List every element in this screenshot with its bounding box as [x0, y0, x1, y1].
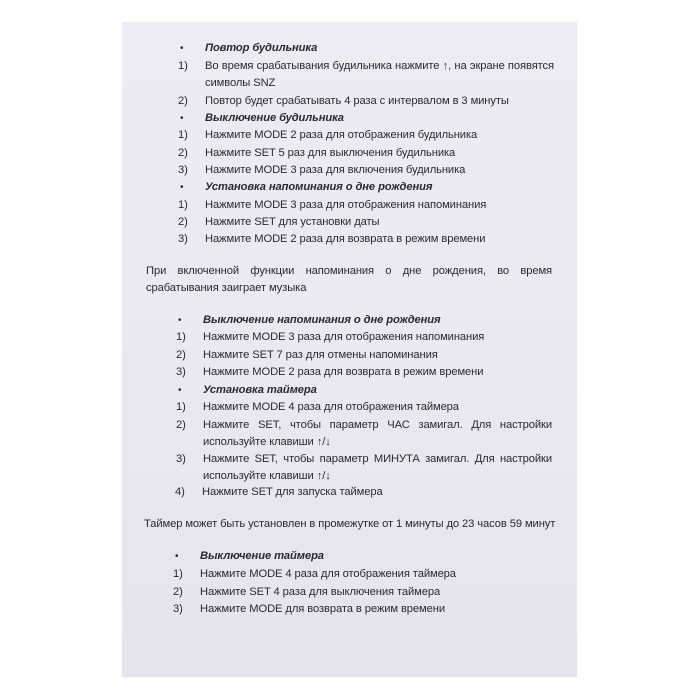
item-text: Повтор будет срабатывать 4 раза с интерв…: [205, 93, 509, 110]
item-number: 2): [173, 584, 193, 601]
item-number: 1): [176, 399, 196, 416]
note-timer-range: Таймер может быть установлен в промежутк…: [144, 516, 564, 533]
item-number: 2): [178, 145, 198, 162]
heading-text: Выключение будильника: [205, 110, 344, 127]
item-number: 2): [176, 347, 196, 364]
item-number: 3): [173, 601, 193, 618]
item-number: 1): [176, 329, 196, 346]
item-text: Нажмите MODE 2 раза для отображения буди…: [205, 127, 477, 144]
bullet-icon: •: [178, 312, 198, 329]
item-number: 1): [173, 566, 193, 583]
item-number: 2): [178, 214, 198, 231]
item-number: 2): [178, 93, 198, 110]
item-text: Нажмите SET 5 раз для выключения будильн…: [205, 145, 455, 162]
heading-text: Выключение таймера: [200, 548, 324, 565]
item-text: Нажмите MODE 3 раза для включения будиль…: [205, 162, 465, 179]
item-number: 3): [178, 231, 198, 248]
item-text: Нажмите MODE 3 раза для отображения напо…: [203, 329, 484, 346]
item-text: Нажмите SET для установки даты: [205, 214, 380, 231]
item-number: 3): [176, 451, 196, 468]
item-number: 2): [176, 417, 196, 434]
bullet-icon: •: [180, 179, 200, 196]
item-text: Нажмите SET, чтобы параметр ЧАС замигал.…: [203, 417, 552, 451]
heading-text: Выключение напоминания о дне рождения: [203, 312, 441, 329]
instruction-page: • Повтор будильника 1) Во время срабатыв…: [122, 22, 577, 677]
item-text: Во время срабатывания будильника нажмите…: [205, 58, 554, 92]
item-text: Нажмите MODE 2 раза для возврата в режим…: [203, 364, 483, 381]
item-text: Нажмите SET 4 раза для выключения таймер…: [200, 584, 440, 601]
heading-text: Установка таймера: [203, 382, 317, 399]
bullet-icon: •: [175, 548, 195, 565]
item-text: Нажмите MODE 4 раза для отображения тайм…: [203, 399, 459, 416]
item-number: 3): [178, 162, 198, 179]
item-number: 1): [178, 127, 198, 144]
item-text: Нажмите MODE для возврата в режим времен…: [200, 601, 445, 618]
heading-text: Повтор будильника: [205, 40, 317, 57]
item-number: 3): [176, 364, 196, 381]
item-text: Нажмите MODE 3 раза для отображения напо…: [205, 197, 486, 214]
item-number: 1): [178, 197, 198, 214]
item-number: 1): [178, 58, 198, 75]
item-text: Нажмите SET для запуска таймера: [202, 484, 383, 501]
bullet-icon: •: [180, 40, 200, 57]
item-text: Нажмите SET, чтобы параметр МИНУТА замиг…: [203, 451, 552, 485]
heading-text: Установка напоминания о дне рождения: [205, 179, 432, 196]
bullet-icon: •: [180, 110, 200, 127]
item-number: 4): [175, 484, 195, 501]
item-text: Нажмите MODE 2 раза для возврата в режим…: [205, 231, 485, 248]
item-text: Нажмите MODE 4 раза для отображения тайм…: [200, 566, 456, 583]
bullet-icon: •: [178, 382, 198, 399]
note-birthday-music: При включенной функции напоминания о дне…: [146, 263, 552, 297]
item-text: Нажмите SET 7 раз для отмены напоминания: [203, 347, 438, 364]
